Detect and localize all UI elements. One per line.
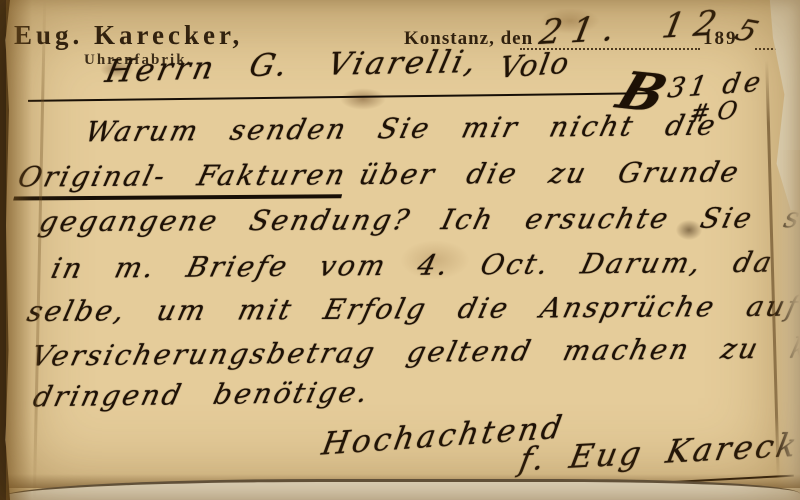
postcard-scan: Eug. Karecker, Uhrenfabrik. Konstanz, de… (0, 0, 800, 500)
aging-vignette (0, 0, 800, 500)
